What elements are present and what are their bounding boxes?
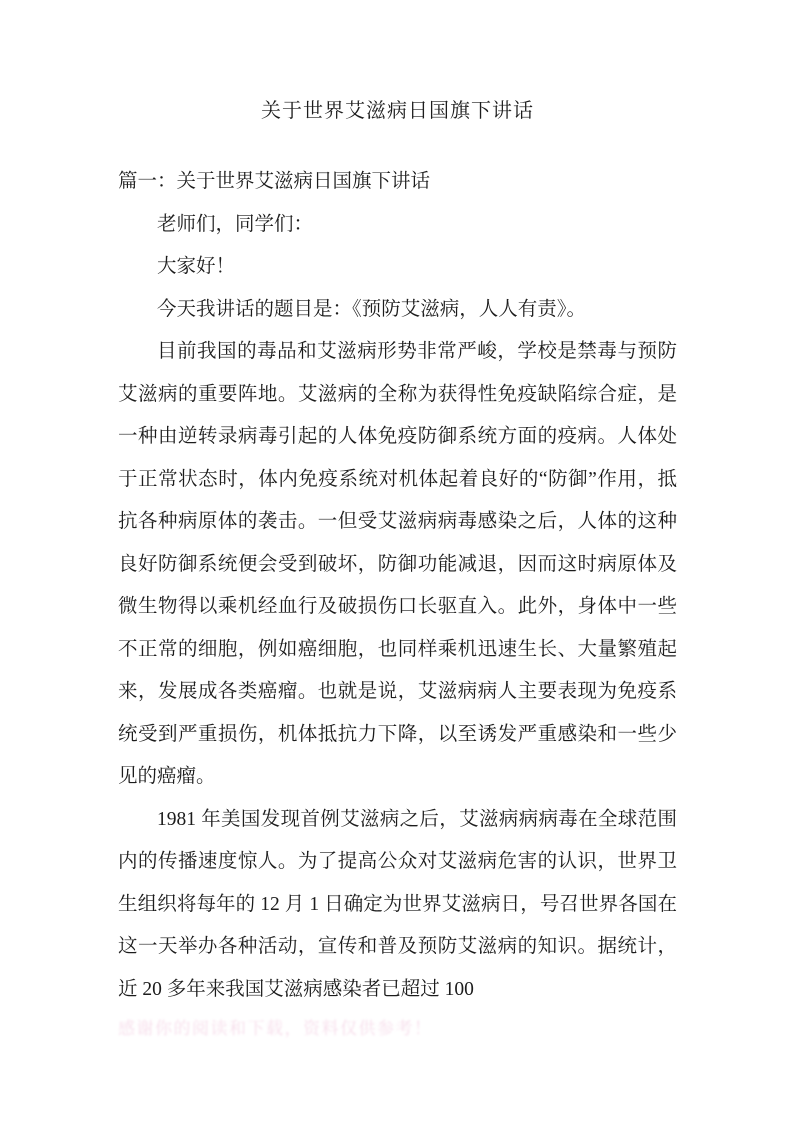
- paragraph-1: 目前我国的毒品和艾滋病形势非常严峻，学校是禁毒与预防艾滋病的重要阵地。艾滋病的全…: [118, 331, 677, 799]
- document-title: 关于世界艾滋病日国旗下讲话: [118, 97, 677, 125]
- salutation-line: 老师们，同学们：: [118, 204, 677, 247]
- document-page: 关于世界艾滋病日国旗下讲话 篇一：关于世界艾滋病日国旗下讲话 老师们，同学们： …: [0, 0, 793, 1122]
- topic-line: 今天我讲话的题目是：《预防艾滋病，人人有责》。: [118, 289, 677, 332]
- section-heading: 篇一：关于世界艾滋病日国旗下讲话: [118, 161, 677, 204]
- greeting-line: 大家好！: [118, 246, 677, 289]
- footer-watermark: 感谢你的阅读和下载，资料仅供参考！: [118, 1018, 677, 1040]
- paragraph-2: 1981 年美国发现首例艾滋病之后，艾滋病病病毒在全球范围内的传播速度惊人。为了…: [118, 799, 677, 1012]
- document-content: 关于世界艾滋病日国旗下讲话 篇一：关于世界艾滋病日国旗下讲话 老师们，同学们： …: [0, 0, 793, 1040]
- document-body: 篇一：关于世界艾滋病日国旗下讲话 老师们，同学们： 大家好！ 今天我讲话的题目是…: [118, 161, 677, 1040]
